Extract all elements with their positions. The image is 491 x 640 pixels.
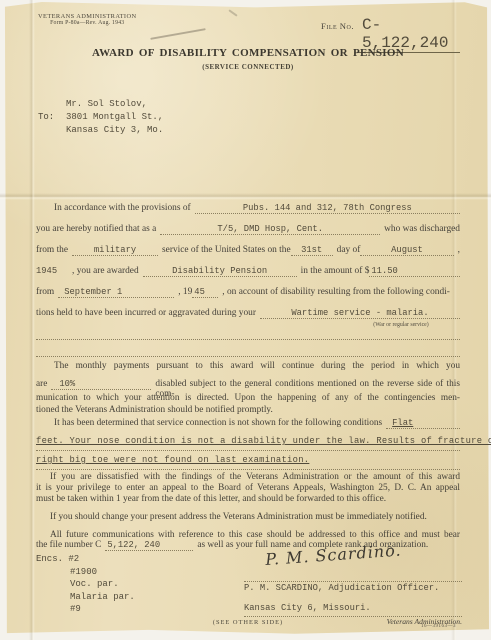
p1-text: you are hereby notified that as a [36,224,160,234]
agency-block: VETERANS ADMINISTRATION Form P-80a—Rev. … [38,13,137,26]
signature-rule [244,581,462,582]
p1-text: service of the United States on the [158,245,291,255]
addressee-city: Kansas City 3, Mo. [66,124,163,137]
print-code: 16—39163—3 [421,624,456,629]
service-branch-blank: military [72,245,158,256]
address-change-line: If you should change your present addres… [36,511,460,523]
award-paragraph: In accordance with the provisions of Pub… [36,203,460,329]
effective-date-blank: September 1 [58,287,174,298]
p1-text: from [36,287,58,297]
conditions-typed-line: right big toe were not found on last exa… [36,455,460,470]
addressee-label: To: [38,111,54,124]
discharge-year-blank: 1945 [36,266,72,276]
enclosures-block: Encs. #2 #1900 Voc. par. Malaria par. #9 [36,553,135,616]
p1-text: , 19 [174,287,192,297]
p2-text: are [36,379,51,389]
discharge-day-blank: 31st [291,245,333,256]
p1-text: day of [333,245,361,255]
amount-blank: 11.50 [369,266,460,277]
enclosure-item: #9 [70,603,135,616]
p1-text: In accordance with the provisions of [36,203,195,213]
ruled-blank-line [36,356,460,357]
p1-text: , you are awarded [72,266,143,276]
enclosure-item: Voc. par. [70,578,135,591]
addressee-block: To: Mr. Sol Stolov, 3801 Montgall St., K… [36,98,163,137]
p1-text: who was discharged [380,224,460,234]
p1-text: , [454,245,460,255]
p1-text: tions held to have been incurred or aggr… [36,308,260,318]
service-connection-line: It has been determined that service conn… [36,418,460,429]
effective-year-blank: 45 [192,287,218,298]
conditions-typed-blank: Flat [386,418,460,429]
document-content: VETERANS ADMINISTRATION Form P-80a—Rev. … [36,0,460,640]
p6-text: the file number C [36,540,105,550]
p1-text: , on account of disability resulting fro… [218,287,450,297]
conditions-typed-line: feet. Your nose condition is not a disab… [36,436,460,451]
discharge-month-blank: August [360,245,453,256]
file-no-label: File No. [321,21,354,31]
signer-name-title: P. M. SCARDINO, Adjudication Officer. [244,583,439,593]
file-number-typed-blank: 5,122, 240 [105,540,193,551]
rank-organization-blank: T/5, DMD Hosp, Cent. [160,224,380,235]
blank-caption: (War or regular service) [326,322,476,328]
ruled-blank-line [36,339,460,340]
see-other-side-note: (SEE OTHER SIDE) [36,619,460,626]
scanned-document: { "header": { "agency_line1": "VETERANS … [0,0,491,640]
agency-name: VETERANS ADMINISTRATION [38,13,137,20]
appeal-line: must be taken within 1 year from the dat… [36,493,460,505]
provisions-blank: Pubs. 144 and 312, 78th Congress [195,203,460,214]
p1-text: from the [36,245,72,255]
addressee-name: Mr. Sol Stolov, [66,98,163,111]
service-conditions-blank: Wartime service - malaria. [260,308,460,319]
enclosure-item: Encs. #2 [36,553,135,566]
addressee-street: 3801 Montgall St., [66,111,163,124]
monthly-payments-line: munication to which your attention is di… [36,392,460,404]
disability-percent-blank: 10% [51,379,151,390]
enclosure-item: Malaria par. [70,591,135,604]
enclosure-item: #1900 [70,566,135,579]
document-title: AWARD OF DISABILITY COMPENSATION OR PENS… [36,47,460,59]
form-number: Form P-80a—Rev. Aug. 1943 [38,20,137,26]
monthly-payments-line: The monthly payments pursuant to this aw… [36,360,460,372]
signer-location: Kansas City 6, Missouri. [244,603,462,617]
document-subtitle: (SERVICE CONNECTED) [36,63,460,71]
monthly-payments-line: tioned the Veterans Administration shoul… [36,404,460,416]
p1-text: in the amount of $ [297,266,370,276]
p3-text: It has been determined that service conn… [36,418,386,428]
award-type-blank: Disability Pension [143,266,297,277]
